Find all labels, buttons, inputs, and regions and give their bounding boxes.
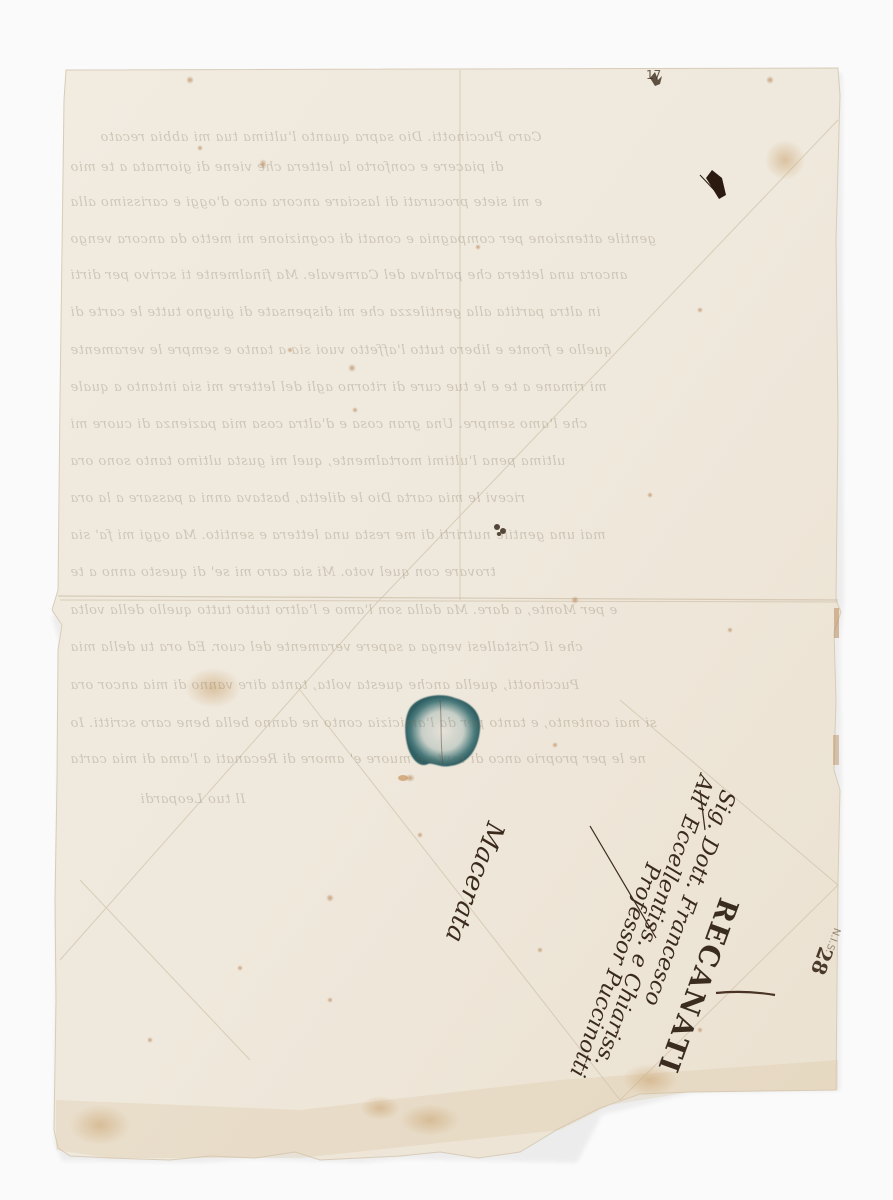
- corner-mark: 17: [646, 68, 661, 82]
- bleed-line: quello e fronte e libero tutto l'affetto…: [70, 343, 612, 358]
- bleed-line: Il tuo Leopardi: [140, 792, 245, 807]
- bleed-line: mai una gentile nutrirti di me resta una…: [70, 528, 605, 543]
- bleed-line: ricevi le mia carta Dio le diletta, bast…: [70, 491, 525, 506]
- bleed-line: e per Monte, a dare. Ma dalla son l'amo …: [70, 603, 617, 618]
- bleed-line: di piacere e conforto la lettera che vie…: [70, 160, 503, 175]
- bleed-line: Caro Puccinotti. Dio sapra quanto l'ulti…: [100, 130, 542, 145]
- bleed-line: trovare con quel voto. Mi sia caro mi se…: [70, 565, 496, 580]
- letter-sheet: [0, 0, 893, 1200]
- bleed-line: ultima pena l'ultimi mortalmente, quel m…: [70, 454, 565, 469]
- bleed-line: che l'amo sempre. Una gran cosa e d'altr…: [70, 417, 587, 432]
- bleed-line: che il Cristallesi venga a sapere verame…: [70, 640, 583, 655]
- bleed-line: mi rimane a te e le tue cure di ritorno …: [70, 380, 607, 395]
- bleed-line: e mi siete procurati di lasciare ancora …: [70, 195, 542, 210]
- bleed-line: ne le per proprio anco di tanto e muore …: [70, 752, 646, 767]
- bleed-line: Puccinotti, quella anche questa volta, t…: [70, 678, 579, 693]
- photo-stage: Caro Puccinotti. Dio sapra quanto l'ulti…: [0, 0, 893, 1200]
- bleed-line: si mai contento, e tanto per da l'amiciz…: [70, 716, 657, 731]
- bleed-line: gentile attenzione per compagnia e conat…: [70, 232, 656, 247]
- bleed-line: ancora una lettera che parlava del Carne…: [70, 268, 627, 283]
- bleed-line: in altra partita alla gentilezza che mi …: [70, 305, 601, 320]
